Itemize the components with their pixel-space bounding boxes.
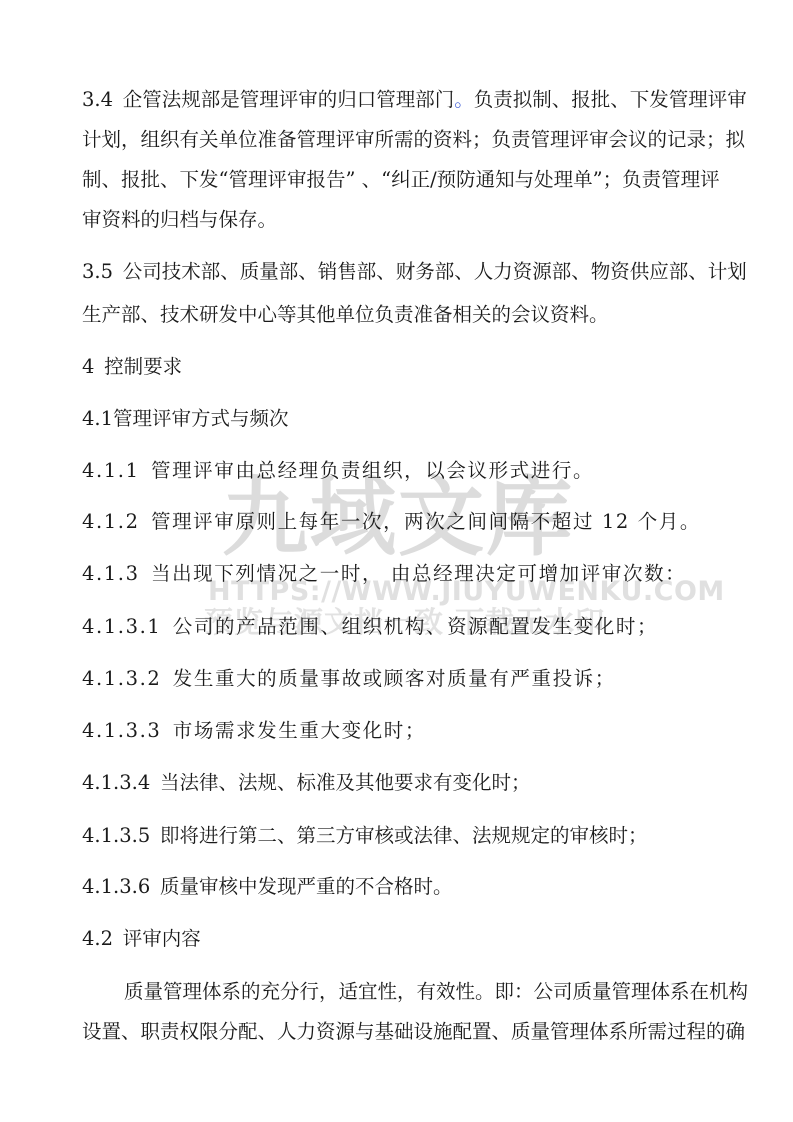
heading-number: 4.1 [82, 407, 113, 430]
item-4-1-3-3: 4.1.3.3 市场需求发生重大变化时； [82, 717, 426, 745]
section-number: 3.4 [82, 88, 113, 111]
item-number: 4.1.3.4 [82, 771, 150, 794]
item-number: 4.1.2 [82, 510, 140, 533]
section-3-4-line-2: 计划，组织有关单位准备管理评审所需的资料；负责管理评审会议的记录；拟 [82, 126, 718, 154]
item-number: 4.1.3.3 [82, 719, 161, 742]
item-text: 管理评审由总经理负责组织，以会议形式进行。 [151, 459, 594, 482]
document-page: 九域文库 HTTPS://WWW.JIUYUWENKU.COM 预览与源文档一致… [0, 0, 793, 1122]
item-4-1-3: 4.1.3 当出现下列情况之一时， 由总经理决定可增加评审次数： [82, 560, 686, 588]
item-number: 4.1.3.6 [82, 875, 150, 898]
section-3-5-line-1: 3.5 公司技术部、质量部、销售部、财务部、人力资源部、物资供应部、计划 [82, 258, 718, 286]
item-text: 管理评审原则上每年一次，两次之间间隔不超过 12 个月。 [151, 510, 701, 533]
heading-number: 4 [82, 355, 94, 378]
section-4-2-paragraph-line-2: 设置、职责权限分配、人力资源与基础设施配置、质量管理体系所需过程的确 [82, 1018, 718, 1046]
item-number: 4.1.3 [82, 562, 140, 585]
item-4-1-3-6: 4.1.3.6 质量审核中发现严重的不合格时。 [82, 873, 453, 901]
heading-title: 控制要求 [104, 355, 182, 378]
item-text: 当法律、法规、标准及其他要求有变化时； [160, 771, 531, 794]
heading-number: 4.2 [82, 927, 113, 950]
heading-title: 评审内容 [123, 927, 201, 950]
section-3-4-line-3: 制、报批、下发“管理评审报告” 、“纠正/预防通知与处理单”；负责管理评 [82, 166, 718, 194]
item-text: 当出现下列情况之一时， 由总经理决定可增加评审次数： [151, 562, 686, 585]
item-text: 公司的产品范围、组织机构、资源配置发生变化时； [173, 615, 658, 638]
section-text: 企管法规部是管理评审的归口管理部门 [123, 88, 455, 111]
section-3-4-line-1: 3.4 企管法规部是管理评审的归口管理部门。负责拟制、报批、下发管理评审 [82, 86, 718, 114]
section-text: 负责拟制、报批、下发管理评审 [474, 88, 747, 111]
item-number: 4.1.3.1 [82, 615, 161, 638]
item-text: 发生重大的质量事故或顾客对质量有严重投诉； [173, 667, 616, 690]
heading-4-2: 4.2 评审内容 [82, 925, 201, 953]
heading-4: 4 控制要求 [82, 353, 182, 381]
item-4-1-2: 4.1.2 管理评审原则上每年一次，两次之间间隔不超过 12 个月。 [82, 508, 701, 536]
section-3-4-line-4: 审资料的归档与保存。 [82, 206, 277, 234]
item-4-1-3-4: 4.1.3.4 当法律、法规、标准及其他要求有变化时； [82, 769, 531, 797]
item-text: 即将进行第二、第三方审核或法律、法规规定的审核时； [160, 824, 648, 847]
item-4-1-3-1: 4.1.3.1 公司的产品范围、组织机构、资源配置发生变化时； [82, 613, 658, 641]
item-number: 4.1.1 [82, 459, 140, 482]
section-number: 3.5 [82, 260, 113, 283]
item-4-1-1: 4.1.1 管理评审由总经理负责组织，以会议形式进行。 [82, 457, 594, 485]
section-text: 公司技术部、质量部、销售部、财务部、人力资源部、物资供应部、计划 [123, 260, 747, 283]
item-4-1-3-2: 4.1.3.2 发生重大的质量事故或顾客对质量有严重投诉； [82, 665, 616, 693]
item-4-1-3-5: 4.1.3.5 即将进行第二、第三方审核或法律、法规规定的审核时； [82, 822, 648, 850]
section-3-5-line-2: 生产部、技术研发中心等其他单位负责准备相关的会议资料。 [82, 301, 609, 329]
blue-period: 。 [454, 88, 474, 111]
heading-title: 管理评审方式与频次 [113, 407, 289, 430]
heading-4-1: 4.1管理评审方式与频次 [82, 405, 289, 433]
item-number: 4.1.3.5 [82, 824, 150, 847]
item-text: 质量审核中发现严重的不合格时。 [160, 875, 453, 898]
item-text: 市场需求发生重大变化时； [173, 719, 426, 742]
item-number: 4.1.3.2 [82, 667, 161, 690]
section-4-2-paragraph-line-1: 质量管理体系的充分行，适宜性，有效性。即：公司质量管理体系在机构 [82, 978, 718, 1006]
